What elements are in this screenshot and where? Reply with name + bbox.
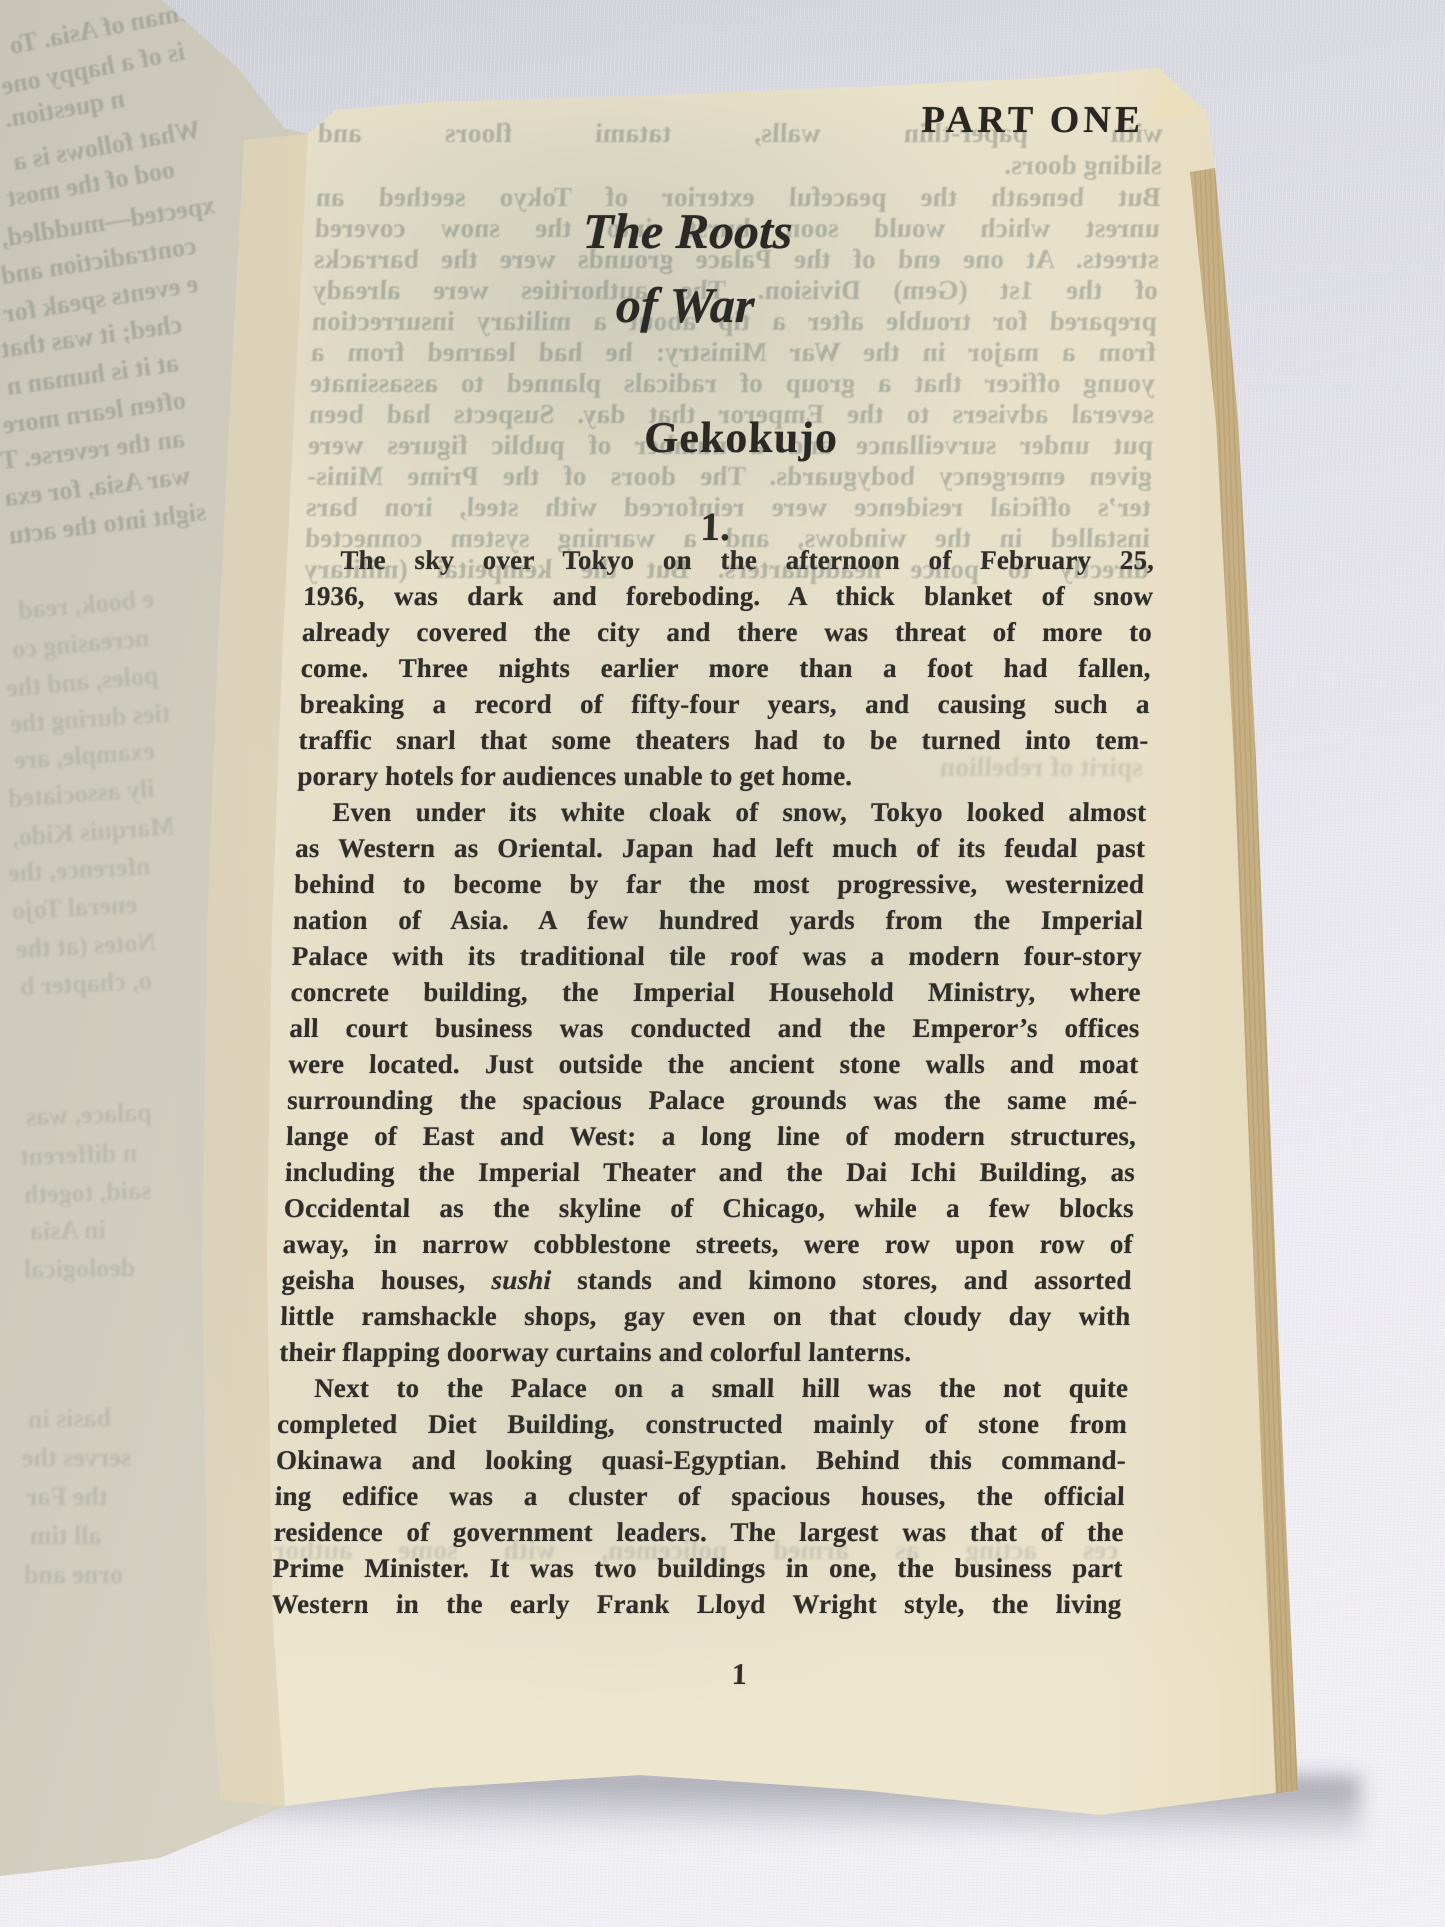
adjacent-page-text-fragment: the Far <box>26 1482 108 1512</box>
body-text-line: already covered the city and there was t… <box>301 614 1152 650</box>
body-text-line: away, in narrow cobblestone streets, wer… <box>282 1226 1133 1262</box>
body-text-line: surrounding the spacious Palace grounds … <box>287 1082 1138 1118</box>
book-photo-scene: iceman of Asia. To is of a happy one n q… <box>0 0 1445 1927</box>
part-one-label: PART ONE <box>317 98 1144 142</box>
book-title-line-1: The Roots <box>337 202 1039 260</box>
body-text-line: The sky over Tokyo on the afternoon of F… <box>304 542 1155 578</box>
body-text-line: behind to become by far the most progres… <box>294 866 1145 902</box>
body-text: The sky over Tokyo on the afternoon of F… <box>271 542 1155 1622</box>
adjacent-page-text-fragment: n different <box>20 1138 138 1172</box>
adjacent-page-text-fragment: serves the <box>22 1443 131 1473</box>
adjacent-page-text-fragment: palace, was <box>26 1098 153 1132</box>
show-through-text-line: from a major in the War Ministry: he had… <box>310 337 1156 369</box>
body-text-line: Next to the Palace on a small hill was t… <box>278 1370 1129 1406</box>
body-text-line: lange of East and West: a long line of m… <box>286 1118 1137 1154</box>
body-text-line: completed Diet Building, constructed mai… <box>277 1406 1128 1442</box>
body-text-line: Okinawa and looking quasi-Egyptian. Behi… <box>275 1442 1126 1478</box>
body-text-segment: stands and kimono stores, and assorted <box>551 1265 1132 1295</box>
body-text-line: breaking a record of fifty-four years, a… <box>299 686 1150 722</box>
adjacent-page-text-fragment: o, chapter b <box>19 966 152 1003</box>
body-text-line: porary hotels for audiences unable to ge… <box>297 758 1148 794</box>
body-text-line-with-italic: geisha houses, sushi stands and kimono s… <box>281 1262 1132 1298</box>
adjacent-page-text-fragment: said, togeth <box>24 1176 152 1210</box>
page-number: 1 <box>699 1658 780 1692</box>
body-text-line: little ramshackle shops, gay even on tha… <box>280 1298 1131 1334</box>
body-text-line: Palace with its traditional tile roof wa… <box>291 938 1142 974</box>
body-text-line: Even under its white cloak of snow, Toky… <box>296 794 1147 830</box>
body-text-line: concrete building, the Imperial Househol… <box>290 974 1141 1010</box>
body-text-line: traffic snarl that some theaters had to … <box>298 722 1149 758</box>
show-through-text-line: given emergency bodyguards. The doors of… <box>306 461 1152 493</box>
body-text-line: Prime Minister. It was two buildings in … <box>272 1550 1123 1586</box>
body-text-line: were located. Just outside the ancient s… <box>288 1046 1139 1082</box>
body-text-line: Occidental as the skyline of Chicago, wh… <box>283 1190 1134 1226</box>
adjacent-page-text-fragment: nference, the <box>7 851 151 888</box>
book-title-line-2: of War <box>334 276 1036 334</box>
italic-word: sushi <box>491 1265 552 1295</box>
body-text-line: as Western as Oriental. Japan had left m… <box>295 830 1146 866</box>
body-text-line: residence of government leaders. The lar… <box>273 1514 1124 1550</box>
chapter-title: Gekokujo <box>390 412 1092 463</box>
body-text-segment: geisha houses, <box>281 1265 492 1295</box>
body-text-line: 1936, was dark and foreboding. A thick b… <box>303 578 1154 614</box>
show-through-text-line: young officer that a group of radicals p… <box>309 368 1155 400</box>
adjacent-page-text-fragment: e book, read <box>17 584 155 626</box>
adjacent-page-text-fragment: deological <box>24 1253 136 1285</box>
adjacent-page-text-fragment: all tim <box>30 1521 102 1551</box>
adjacent-page-text-fragment: eneral Tojo <box>11 890 137 926</box>
adjacent-page-text-fragment: in Asia <box>30 1215 106 1246</box>
adjacent-page-text-fragment: poles, and the <box>5 660 159 703</box>
body-text-line: Western in the early Frank Lloyd Wright … <box>271 1586 1122 1622</box>
adjacent-page-text-fragment: Notes (at the <box>15 927 156 964</box>
adjacent-page-text-fragment: ily associated <box>7 774 155 814</box>
body-text-line: come. Three nights earlier more than a f… <box>300 650 1151 686</box>
adjacent-page-text-fragment: example, are <box>13 736 156 776</box>
show-through-text-line: sliding doors. <box>316 150 1162 182</box>
adjacent-page-text-fragment: orne and <box>24 1560 123 1590</box>
body-text-line: their flapping doorway curtains and colo… <box>279 1334 1130 1370</box>
body-text-line: ing edifice was a cluster of spacious ho… <box>274 1478 1125 1514</box>
body-text-line: including the Imperial Theater and the D… <box>284 1154 1135 1190</box>
page-text-column: with paper-thin walls, tatami floors and… <box>263 60 1170 1880</box>
adjacent-page-text-fragment: Marquis Kido, <box>11 811 175 852</box>
adjacent-page-text-fragment: ncreasing co <box>11 623 151 665</box>
adjacent-page-text-fragment: ties during the <box>9 698 171 739</box>
body-text-line: all court business was conducted and the… <box>289 1010 1140 1046</box>
adjacent-page-text-fragment: basis in <box>28 1403 112 1434</box>
body-text-line: nation of Asia. A few hundred yards from… <box>292 902 1143 938</box>
